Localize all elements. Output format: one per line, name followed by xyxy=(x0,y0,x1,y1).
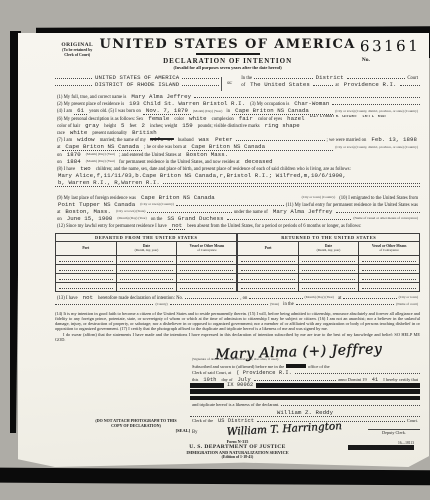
photo-note-line2: COPY OF DECLARATION) xyxy=(81,424,191,429)
row-dotted-line xyxy=(302,270,356,271)
invalid-note: (Invalid for all purposes seven years af… xyxy=(99,65,355,70)
field-caption: (Name of court) xyxy=(394,301,420,308)
ss-mark: ss: xyxy=(221,77,237,91)
dotted-blank xyxy=(185,298,238,299)
gpo-label: U. S. GOVERNMENT PRINTING OFFICE xyxy=(348,445,414,449)
form-line: (7) I amwidowmarried; the name of mywife… xyxy=(55,136,420,143)
dotted-blank xyxy=(182,85,219,86)
form-print: at xyxy=(55,209,62,215)
typed-entry: SS Grand Duchess xyxy=(164,215,226,222)
typed-entry: deceased xyxy=(242,158,420,165)
dotted-blank xyxy=(249,298,302,299)
dotted-blank xyxy=(182,78,219,79)
row-dotted-line xyxy=(241,288,294,289)
form-print: , on xyxy=(238,295,249,301)
typed-entry: 1884 xyxy=(64,158,84,165)
typed-entry: hazel xyxy=(284,115,308,122)
dotted-blank xyxy=(55,186,420,187)
typed-entry: 2 xyxy=(139,122,149,129)
field-caption: (Month) (Day) (Year) xyxy=(115,215,148,222)
typed-entry: ring shape xyxy=(262,122,420,129)
print-code: 16—18113 xyxy=(398,441,414,445)
field-caption: (Month) (Day) (Year) xyxy=(84,151,117,158)
col-date: Date(Month, day, year) xyxy=(116,241,177,255)
typed-entry: British xyxy=(129,129,420,136)
typed-entry: Char-Woman xyxy=(291,100,332,107)
row-dotted-line xyxy=(59,279,113,280)
typed-entry: gray xyxy=(82,122,102,129)
table-empty-cell xyxy=(116,273,177,282)
dotted-blank xyxy=(55,85,92,86)
field-caption: (State) xyxy=(268,301,281,308)
deputy-label-block: Deputy Clerk. xyxy=(368,424,420,435)
attestation-section: (DO NOT ATTACH PHOTOGRAPH TO THIS COPY O… xyxy=(55,357,420,436)
row-dotted-line xyxy=(120,279,174,280)
row-dotted-line xyxy=(241,279,294,280)
row-dotted-line xyxy=(362,270,416,271)
edition-note: (Edition of 1-18-41) xyxy=(55,455,420,459)
document-title: UNITED STATES OF AMERICA xyxy=(99,37,355,52)
typed-entry: 41 xyxy=(369,377,382,382)
dotted-blank xyxy=(236,140,325,141)
dotted-blank xyxy=(336,212,420,213)
original-block: ORIGINAL (To be retained by Clerk of Cou… xyxy=(55,37,99,57)
form-print: at xyxy=(333,82,340,88)
row-dotted-line xyxy=(302,279,356,280)
col-vessel-sub: of Conveyance xyxy=(359,248,419,252)
field-caption: (City or town) (County, district, provin… xyxy=(333,108,420,115)
form-line: (12) Since my lawful entry for permanent… xyxy=(55,222,420,229)
table-empty-cell xyxy=(237,264,298,273)
form-print: been absent from the United States, for … xyxy=(185,223,363,229)
row-dotted-line xyxy=(362,279,416,280)
no-label: No. xyxy=(362,57,420,63)
form-print: on xyxy=(55,216,64,222)
typed-entry: Point Tupper NS Canada xyxy=(55,201,138,208)
dotted-blank xyxy=(55,304,153,305)
dotted-blank xyxy=(295,373,420,374)
form-print: height xyxy=(102,123,118,129)
table-empty-cell xyxy=(56,273,117,282)
dotted-blank xyxy=(332,104,420,105)
row-dotted-line xyxy=(362,288,416,289)
form-body: (1) My full, true, and correct name isMa… xyxy=(55,93,420,230)
form-line: on1884(Month) (Day) (Year)for permanent … xyxy=(55,158,420,165)
typed-entry: Mary Alma Jeffrey xyxy=(270,208,336,215)
form-line: (County)(State)in the(Name of court) xyxy=(55,301,420,308)
table-empty-cell xyxy=(359,282,420,291)
form-print: (12) Since my lawful entry for permanent… xyxy=(55,223,169,229)
by-label: By xyxy=(190,430,199,435)
court-word-label: Court. xyxy=(405,417,420,423)
field-caption: (City or town) (Country) xyxy=(138,201,176,208)
col-vessel-sub: of Conveyance xyxy=(177,248,236,252)
typed-entry: Peter xyxy=(212,136,236,143)
original-sublabel-2: Clerk of Court) xyxy=(55,53,99,58)
redaction-bar xyxy=(190,396,420,401)
field-caption: (Month) (Day) (Year) xyxy=(191,108,224,115)
form-print: complexion xyxy=(210,116,236,122)
typed-overprint: birthmark under left ear xyxy=(308,115,390,121)
typed-entry: 61 xyxy=(74,107,87,114)
field-caption: (Month) (Day) (Year) xyxy=(84,158,117,165)
typed-entry: two xyxy=(77,165,94,172)
row-dotted-line xyxy=(120,261,174,262)
row-dotted-line xyxy=(59,288,113,289)
redaction-bar xyxy=(256,383,420,388)
typed-entry: female xyxy=(145,115,172,122)
venue-right: In theDistrictCourtofThe United Statesat… xyxy=(239,74,420,93)
form-print: I hereby certify that xyxy=(381,376,420,382)
form-line: (4) I am61years old. (5) I was born onNo… xyxy=(55,107,420,114)
clerk-name: William Z. Reddy xyxy=(190,409,420,417)
dotted-blank xyxy=(176,205,284,206)
declaration-clauses: (14) It is my intention in good faith to… xyxy=(55,311,420,331)
form-line: b, Warren R.I., R,Warren R.I. xyxy=(55,179,420,186)
photo-note: (DO NOT ATTACH PHOTOGRAPH TO THIS COPY O… xyxy=(81,419,191,429)
attestation-lines: (Signature of declarant without abbrevia… xyxy=(190,357,420,408)
venue-left: UNITED STATES OF AMERICADISTRICT OF RHOD… xyxy=(55,74,219,93)
typed-entry: 193 Child St. Warren Bristol R.I. xyxy=(126,100,248,107)
form-print: office of the xyxy=(306,363,331,369)
film-edge-bottom xyxy=(0,468,430,486)
typed-entry: Cape Briton NS Canada xyxy=(138,194,300,201)
dotted-blank xyxy=(343,298,396,299)
row-dotted-line xyxy=(120,270,174,271)
form-print: (2) My present place of residence is xyxy=(55,101,126,107)
row-dotted-line xyxy=(180,288,233,289)
form-print: under the name of xyxy=(232,209,270,215)
table-empty-cell xyxy=(359,264,420,273)
table-empty-cell xyxy=(56,264,117,273)
table-empty-cell xyxy=(177,282,238,291)
typed-entry: Boston Mass. xyxy=(183,151,420,158)
attestation-right-column: (Signature of declarant without abbrevia… xyxy=(190,357,420,436)
form-print: this xyxy=(190,376,200,382)
typed-entry: b, Warren R.I., R,Warren R.I. xyxy=(55,179,163,186)
form-line: racewhitepresent nationalityBritish xyxy=(55,129,420,136)
redaction-bar xyxy=(190,389,420,394)
document-subtitle: DECLARATION OF INTENTION xyxy=(99,57,355,65)
form-print: for permanent residence in the United St… xyxy=(117,159,241,165)
table-empty-cell xyxy=(177,255,238,264)
deputy-clerk-label: Deputy Clerk. xyxy=(380,430,408,435)
form-print: at xyxy=(336,295,343,301)
typed-entry: 10th xyxy=(200,377,219,382)
form-print: (4) I am xyxy=(55,108,74,114)
form-line: Point Tupper NS Canada(City or town) (Co… xyxy=(55,201,420,208)
row-dotted-line xyxy=(362,261,416,262)
prior-declaration-lines: (13) I havenotheretofore made declaratio… xyxy=(55,294,420,308)
typed-entry: Feb. 13, 1898 xyxy=(368,136,420,143)
printing-office-note: 16—18113 U. S. GOVERNMENT PRINTING OFFIC… xyxy=(348,441,414,450)
typed-entry: UNITED STATES OF AMERICA xyxy=(92,74,182,81)
form-line: atCape Briton NS Canada; he or she was b… xyxy=(55,143,420,150)
form-line: on1870(Month) (Day) (Year); and entered … xyxy=(55,151,420,158)
dotted-blank xyxy=(254,380,336,381)
row-dotted-line xyxy=(180,279,233,280)
form-print: (10) I emigrated to the United States fr… xyxy=(337,195,420,201)
form-print: years old. (5) I was born on xyxy=(87,108,143,114)
form-print: at xyxy=(55,144,62,150)
typed-entry: June 15, 1900 xyxy=(64,215,116,222)
typed-entry: widow xyxy=(74,136,98,143)
number-block: 63161 No. xyxy=(356,37,420,63)
dotted-blank xyxy=(227,219,352,220)
typed-entry: white xyxy=(186,115,210,122)
typed-entry: 159 xyxy=(179,122,196,129)
col-date-sub: (Month, day, year) xyxy=(117,248,177,252)
typed-entry: white xyxy=(67,129,91,136)
form-print: in xyxy=(224,108,232,114)
form-print: ; he or she was born at xyxy=(142,144,188,150)
row-dotted-line xyxy=(302,288,356,289)
table-empty-cell xyxy=(298,282,359,291)
clerk-of-label: Clerk of the xyxy=(190,417,215,423)
form-print: of xyxy=(239,82,247,88)
form-line: (13) I havenotheretofore made declaratio… xyxy=(55,294,420,301)
typed-entry: Cape Briton NS Canada xyxy=(232,107,333,114)
form-line: In theDistrictCourt xyxy=(239,74,420,81)
title-block: UNITED STATES OF AMERICA DECLARATION OF … xyxy=(99,37,355,70)
row-dotted-line xyxy=(180,270,233,271)
form-print: on xyxy=(55,152,64,158)
table-empty-cell xyxy=(116,282,177,291)
typed-entry: Cape Briton NS Canada xyxy=(188,143,333,150)
form-line: Mary Alice,f,11/11/03,b.Cape Briton NS C… xyxy=(55,172,420,179)
form-line: (6) My personal description is as follow… xyxy=(55,115,420,122)
dotted-blank xyxy=(347,78,406,79)
page-header: ORIGINAL (To be retained by Clerk of Cou… xyxy=(55,37,420,71)
seal-label: [SEAL] xyxy=(176,428,190,433)
deputy-row: By William T. Harrington Deputy Clerk. xyxy=(190,423,420,435)
table-empty-cell xyxy=(359,255,420,264)
form-print: (1) My full, true, and correct name is xyxy=(55,94,128,100)
row-dotted-line xyxy=(59,261,113,262)
form-print: on the xyxy=(149,216,165,222)
dotted-blank xyxy=(170,304,268,305)
typed-entry: not xyxy=(80,294,97,301)
row-dotted-line xyxy=(241,261,294,262)
field-caption: (Name of vessel or other means of convey… xyxy=(351,215,420,222)
court-caption: UNITED STATES OF AMERICADISTRICT OF RHOD… xyxy=(55,74,420,93)
table-empty-cell xyxy=(56,282,117,291)
typed-entry: 1870 xyxy=(64,151,84,158)
form-print: race xyxy=(55,130,67,136)
form-line xyxy=(190,388,420,394)
typed-entry: Cape Briton NS Canada xyxy=(62,143,142,150)
dotted-blank xyxy=(400,85,421,86)
form-line: color of hairgrayheight5feet2inches; wei… xyxy=(55,122,420,129)
typed-entry: Nov. 7, 1879 xyxy=(143,107,191,114)
form-footer: Form N-315 U. S. DEPARTMENT OF JUSTICE I… xyxy=(55,439,420,459)
col-port: Port xyxy=(237,241,298,255)
field-caption: (City or town) (Country) xyxy=(300,194,338,201)
form-line xyxy=(55,186,420,193)
table-empty-cell xyxy=(116,255,177,264)
redaction-bar xyxy=(190,383,224,388)
row-dotted-line xyxy=(302,261,356,262)
form-print: Court xyxy=(405,75,420,81)
typed-entry: The United States xyxy=(247,81,313,88)
form-line: UNITED STATES OF AMERICA xyxy=(55,74,219,81)
form-line: ofThe United StatesatProvidence R.I. xyxy=(239,81,420,88)
typed-entry: DISTRICT OF RHODE ISLAND xyxy=(92,81,182,88)
dotted-blank xyxy=(147,212,231,213)
field-caption: (City or town) (County, district, provin… xyxy=(333,144,420,151)
form-line: onJune 15, 1900(Month) (Day) (Year)on th… xyxy=(55,215,420,222)
form-line: (9) My last place of foreign residence w… xyxy=(55,194,420,201)
typed-entry: IX 90062 xyxy=(224,382,256,388)
typed-entry: ( Providence R.I. xyxy=(233,370,295,375)
typed-entry: Providence R.I. xyxy=(341,81,400,88)
form-print: ; and entered the United States at xyxy=(117,152,183,158)
form-line: atBoston, Mass.(City or town) (State)und… xyxy=(55,208,420,215)
field-caption: (County) xyxy=(153,301,169,308)
dotted-blank xyxy=(163,183,420,184)
clerk-name-row: William Z. Reddy xyxy=(190,409,420,417)
row-dotted-line xyxy=(241,270,294,271)
dotted-blank xyxy=(254,78,313,79)
table-title-departed: DEPARTED FROM THE UNITED STATES xyxy=(56,233,238,241)
col-date: Date(Month, day, year) xyxy=(298,241,359,255)
row-dotted-line xyxy=(120,288,174,289)
col-port: Port xyxy=(56,241,117,255)
col-vessel: Vessel or Other Meansof Conveyance xyxy=(359,241,420,255)
form-print: anno Domini 19 xyxy=(336,376,369,382)
title-rule xyxy=(196,53,260,55)
form-line: IX 90062 xyxy=(190,382,420,388)
dotted-blank xyxy=(281,405,420,406)
form-print: heretofore made declaration of intention… xyxy=(96,295,185,301)
form-print: on xyxy=(55,159,64,165)
redaction-bar xyxy=(286,364,306,369)
col-date-sub: (Month, day, year) xyxy=(299,248,359,252)
row-dotted-line xyxy=(180,261,233,262)
typed-entry: not xyxy=(169,222,186,229)
dotted-blank xyxy=(55,78,92,79)
table-empty-cell xyxy=(298,255,359,264)
table-empty-cell xyxy=(56,255,117,264)
form-print: and triplicate hereof is a likeness of t… xyxy=(190,401,281,407)
form-line: (2) My present place of residence is193 … xyxy=(55,100,420,107)
table-empty-cell xyxy=(116,264,177,273)
form-line: (8) I havetwochildren; and the name, sex… xyxy=(55,165,420,172)
typed-entry: District xyxy=(313,74,347,81)
document-scan: ORIGINAL (To be retained by Clerk of Cou… xyxy=(0,0,430,500)
table-empty-cell xyxy=(237,282,298,291)
court-name-entry: US District xyxy=(215,418,257,423)
table-empty-cell xyxy=(298,264,359,273)
dotted-blank xyxy=(194,97,420,98)
struck-entry: wife or xyxy=(148,136,176,143)
absence-table: DEPARTED FROM THE UNITED STATESRETURNED … xyxy=(55,233,420,292)
form-print: (13) I have xyxy=(55,295,80,301)
table-empty-cell xyxy=(237,273,298,282)
field-caption: (City or town) xyxy=(397,294,420,301)
document-number-stamp: 63161 xyxy=(360,37,420,56)
typed-entry: Boston, Mass. xyxy=(62,208,114,215)
dotted-blank xyxy=(296,304,394,305)
dotted-blank xyxy=(313,85,334,86)
typed-entry: Mary Alma Jeffrey xyxy=(128,93,194,100)
table-empty-cell xyxy=(177,273,238,282)
typed-entry: Mary Alice,f,11/11/03,b.Cape Briton NS C… xyxy=(55,172,420,179)
table-empty-cell xyxy=(359,273,420,282)
table-title-returned: RETURNED TO THE UNITED STATES xyxy=(237,233,419,241)
field-caption: (City or town) (State) xyxy=(114,208,147,215)
table-empty-cell xyxy=(177,264,238,273)
typed-entry: was xyxy=(196,136,213,143)
form-line: (1) My full, true, and correct name isMa… xyxy=(55,93,420,100)
table-empty-cell xyxy=(237,255,298,264)
form-line: and triplicate hereof is a likeness of t… xyxy=(190,401,420,407)
form-line: DISTRICT OF RHODE ISLAND xyxy=(55,81,219,88)
typed-entry: fair xyxy=(236,115,256,122)
col-vessel: Vessel or Other Meansof Conveyance xyxy=(177,241,238,255)
attestation-left-column: (DO NOT ATTACH PHOTOGRAPH TO THIS COPY O… xyxy=(55,357,190,436)
form-print: in the xyxy=(281,301,296,308)
field-caption: (Month) (Day) (Year) xyxy=(303,294,336,301)
declaration-page: ORIGINAL (To be retained by Clerk of Cou… xyxy=(18,33,429,467)
typed-entry: 5 xyxy=(118,122,128,129)
row-dotted-line xyxy=(59,270,113,271)
table-empty-cell xyxy=(298,273,359,282)
